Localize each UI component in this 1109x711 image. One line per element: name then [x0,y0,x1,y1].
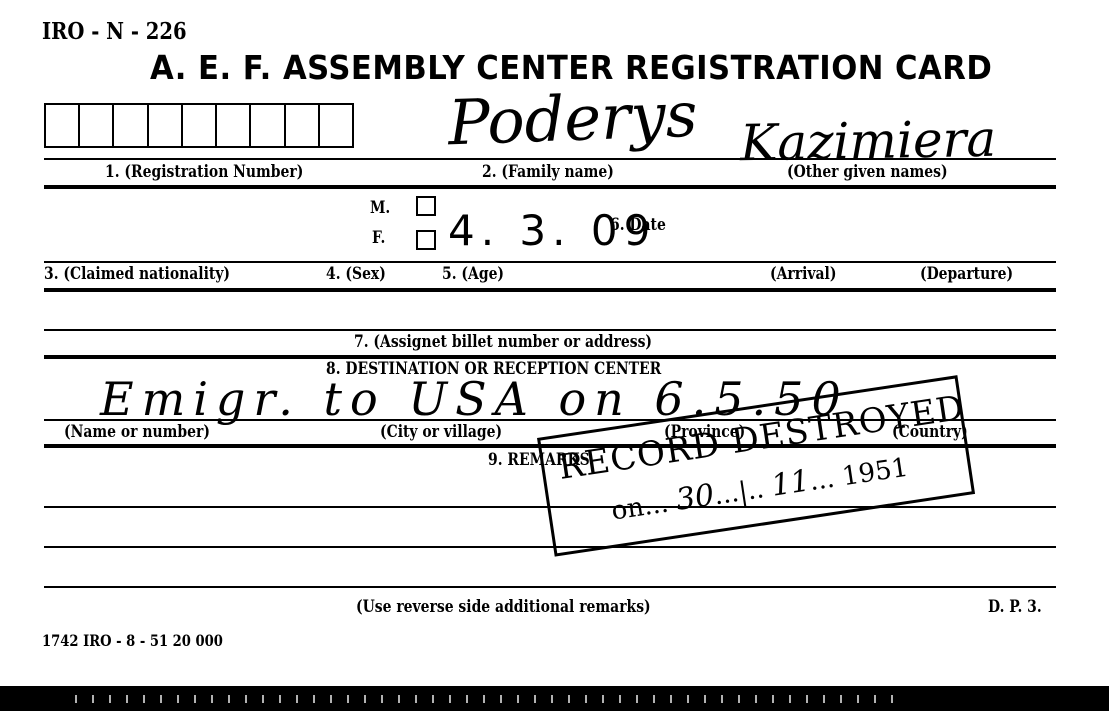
sex-female-label: F. [372,228,385,248]
divider [44,185,1056,189]
arrival-label: (Arrival) [770,264,836,284]
reg-box [114,105,148,146]
stamp-month: 11 [769,463,812,503]
reg-box [149,105,183,146]
departure-label: (Departure) [920,264,1013,284]
reg-box [183,105,217,146]
divider [44,288,1056,292]
date-label: 6. Date [610,215,666,235]
reg-box [80,105,114,146]
remarks-note: (Use reverse side additional remarks) [356,597,651,617]
registration-number-label: 1. (Registration Number) [105,162,303,182]
sex-female-checkbox[interactable] [416,230,436,250]
destination-city-label: (City or village) [380,422,502,442]
reg-box [251,105,285,146]
family-name-value: Poderys [447,78,699,160]
form-id: IRO - N - 226 [42,18,187,45]
family-name-label: 2. (Family name) [482,162,614,182]
age-label: 5. (Age) [442,264,504,284]
divider [44,158,1056,160]
divider [44,261,1056,263]
print-code: 1742 IRO - 8 - 51 20 000 [42,631,223,650]
stamp-year: 1951 [840,453,910,492]
scan-edge-bar [0,686,1109,711]
billet-label: 7. (Assignet billet number or address) [354,332,652,352]
remarks-line [44,586,1056,588]
claimed-nationality-label: 3. (Claimed nationality) [44,264,230,284]
stamp-on-label: on [610,492,646,526]
other-given-names-label: (Other given names) [787,162,948,182]
reg-box [217,105,251,146]
divider [44,329,1056,331]
stamp-day: 30 [674,478,717,518]
dps-code: D. P. 3. [988,597,1042,617]
reg-box [320,105,352,146]
destination-name-label: (Name or number) [64,422,210,442]
reg-box [46,105,80,146]
perforation-marks [75,695,895,703]
reg-box [286,105,320,146]
sex-male-checkbox[interactable] [416,196,436,216]
sex-male-label: M. [370,198,390,218]
registration-number-boxes [44,103,354,148]
sex-label: 4. (Sex) [326,264,386,284]
remarks-line [44,546,1056,548]
